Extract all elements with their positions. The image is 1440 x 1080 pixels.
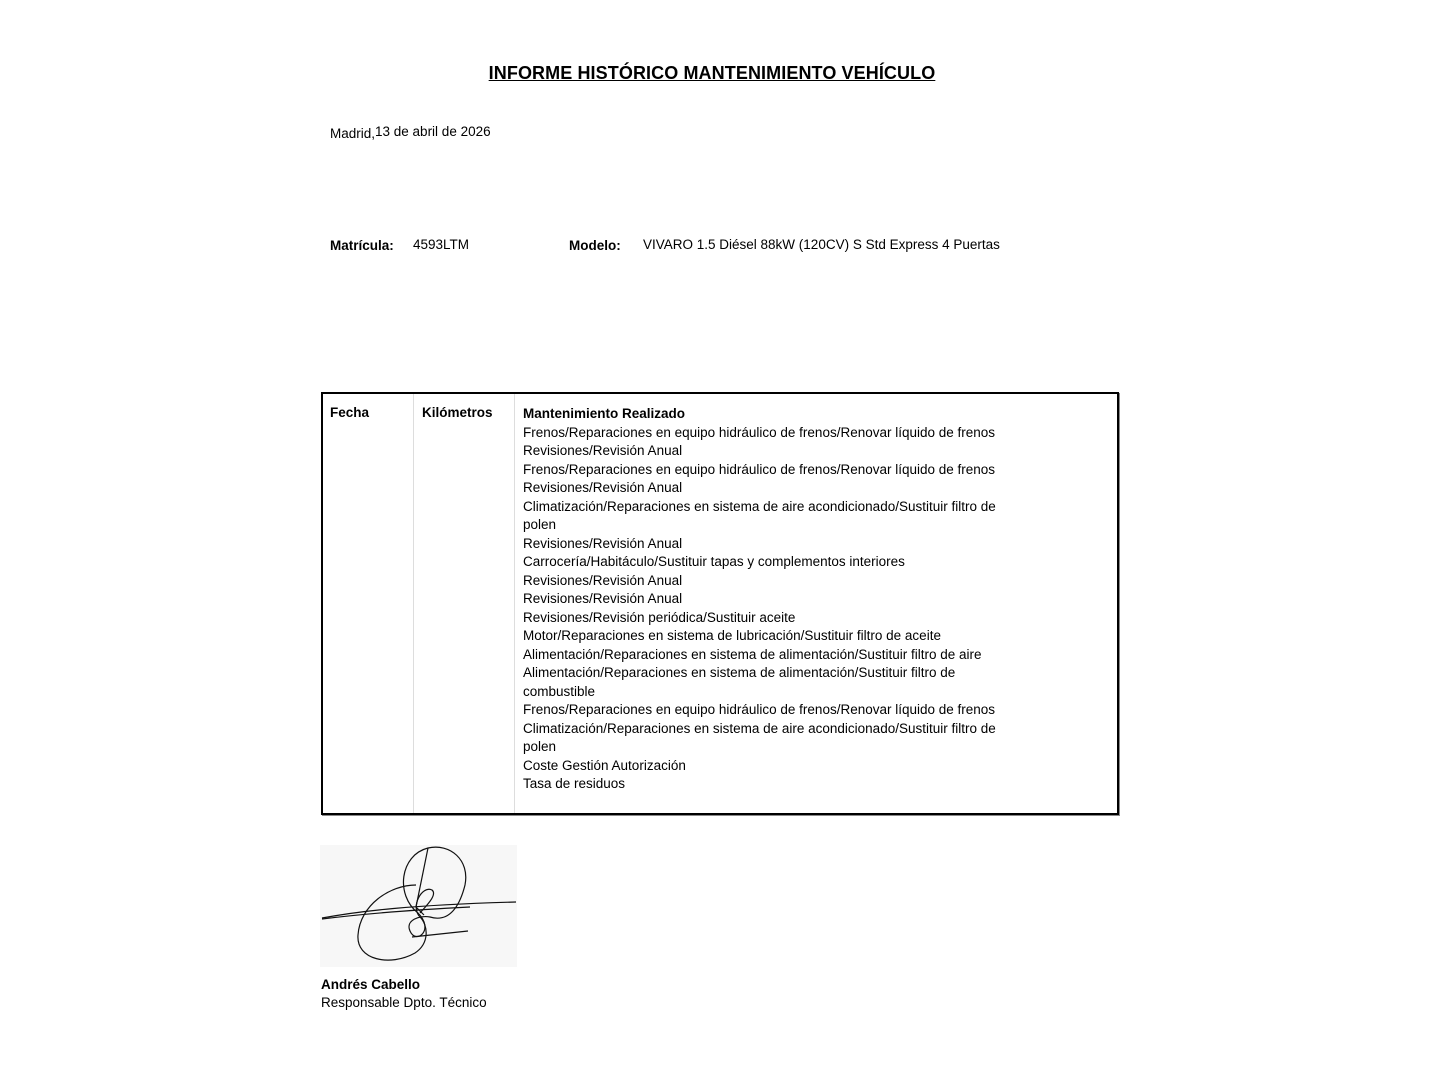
signer-name: Andrés Cabello: [321, 977, 420, 992]
document-title: INFORME HISTÓRICO MANTENIMIENTO VEHÍCULO: [0, 63, 1424, 84]
maintenance-item: Climatización/Reparaciones en sistema de…: [523, 498, 1023, 535]
model-value: VIVARO 1.5 Diésel 88kW (120CV) S Std Exp…: [643, 237, 1000, 252]
maintenance-item: Carrocería/Habitáculo/Sustituir tapas y …: [523, 553, 1023, 572]
maintenance-item: Alimentación/Reparaciones en sistema de …: [523, 664, 1023, 701]
maintenance-item: Motor/Reparaciones en sistema de lubrica…: [523, 627, 1023, 646]
maintenance-item: Coste Gestión Autorización: [523, 757, 1023, 776]
maintenance-item: Frenos/Reparaciones en equipo hidráulico…: [523, 424, 1023, 443]
header-date: Fecha: [330, 405, 369, 420]
header-km: Kilómetros: [422, 405, 493, 420]
signature-icon: [320, 845, 517, 967]
signer-role: Responsable Dpto. Técnico: [321, 995, 487, 1010]
maintenance-item: Revisiones/Revisión Anual: [523, 572, 1023, 591]
maintenance-item: Climatización/Reparaciones en sistema de…: [523, 720, 1023, 757]
maintenance-item: Revisiones/Revisión Anual: [523, 535, 1023, 554]
maintenance-item: Revisiones/Revisión periódica/Sustituir …: [523, 609, 1023, 628]
maintenance-item: Alimentación/Reparaciones en sistema de …: [523, 646, 1023, 665]
column-divider: [514, 394, 515, 813]
place-date: Madrid,13 de abril de 2026: [330, 126, 491, 141]
plate-label: Matrícula:: [330, 238, 394, 253]
maintenance-table: Fecha Kilómetros Mantenimiento Realizado…: [321, 392, 1119, 815]
header-maintenance: Mantenimiento Realizado: [523, 405, 1023, 424]
report-date: 13 de abril de 2026: [375, 124, 491, 139]
maintenance-item: Revisiones/Revisión Anual: [523, 590, 1023, 609]
model-label: Modelo:: [569, 238, 621, 253]
maintenance-item: Revisiones/Revisión Anual: [523, 479, 1023, 498]
column-divider: [413, 394, 414, 813]
maintenance-item: Frenos/Reparaciones en equipo hidráulico…: [523, 701, 1023, 720]
maintenance-item: Frenos/Reparaciones en equipo hidráulico…: [523, 461, 1023, 480]
maintenance-item: Tasa de residuos: [523, 775, 1023, 794]
place: Madrid,: [330, 126, 375, 141]
maintenance-item: Revisiones/Revisión Anual: [523, 442, 1023, 461]
plate-value: 4593LTM: [413, 237, 469, 252]
maintenance-list: Mantenimiento Realizado Frenos/Reparacio…: [523, 405, 1023, 794]
